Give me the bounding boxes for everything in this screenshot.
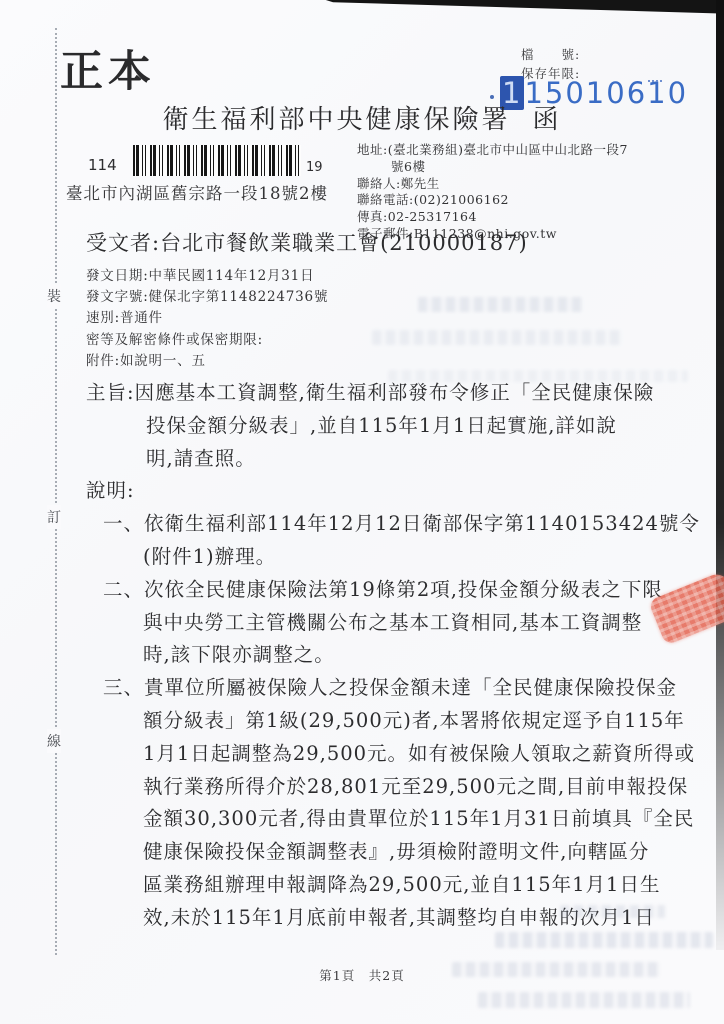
agency-name: 衛生福利部中央健康保險署	[162, 105, 510, 135]
body-line: 1月1日起調整為29,500元。如有被保險人領取之薪資所得或	[143, 738, 700, 771]
body-line: 投保金額分級表」,並自115年1月1日起實施,詳如說	[146, 410, 700, 443]
binding-mark: 裝	[47, 284, 61, 308]
document-meta-block: 發文日期:中華民國114年12月31日發文字號:健保北字第1148224736號…	[86, 266, 328, 372]
zip-code-right: 19	[306, 160, 323, 175]
meta-line: 速別:普通件	[86, 308, 328, 329]
meta-line: 附件:如說明一、五	[86, 351, 328, 372]
body-line: 三、貴單位所屬被保險人之投保金額未達「全民健康保險投保金	[103, 672, 700, 705]
bleedthrough-smudge	[478, 992, 690, 1008]
body-line: (附件1)辦理。	[143, 541, 700, 574]
contact-line: 聯絡人:鄭先生	[357, 176, 628, 193]
body-line: 區業務組辦理申報調降為29,500元,並自115年1月1日生	[143, 869, 700, 902]
bleedthrough-smudge	[418, 297, 583, 312]
meta-line: 發文日期:中華民國114年12月31日	[86, 266, 328, 287]
body-line: 健康保險投保金額調整表』,毋須檢附證明文件,向轄區分	[143, 836, 700, 869]
zip-code-left: 114	[88, 156, 117, 174]
body-line: 明,請查照。	[146, 443, 700, 476]
mailing-barcode	[133, 145, 301, 176]
scan-edge-right	[716, 0, 724, 950]
copy-type-label: 正本	[60, 38, 156, 99]
bleedthrough-smudge	[372, 330, 622, 345]
doc-type-label: 函	[533, 105, 562, 135]
bleedthrough-smudge	[495, 932, 713, 948]
meta-line: 密等及解密條件或保密期限:	[86, 330, 328, 351]
scan-edge-top	[0, 0, 724, 16]
body-line: 時,該下限亦調整之。	[143, 639, 700, 672]
stamp-tick-marks	[648, 80, 662, 86]
body-line: 二、次依全民健康保險法第19條第2項,投保金額分級表之下限	[103, 574, 700, 607]
letter-body: 主旨:因應基本工資調整,衛生福利部發布令修正「全民健康保險投保金額分級表」,並自…	[0, 377, 700, 935]
document-title: 衛生福利部中央健康保險署函	[0, 99, 724, 136]
bleedthrough-smudge	[560, 905, 665, 918]
page-number-footer: 第1頁 共2頁	[0, 966, 724, 984]
body-line: 主旨:因應基本工資調整,衛生福利部發布令修正「全民健康保險	[86, 377, 700, 410]
body-line: 一、依衛生福利部114年12月12日衛部保字第1140153424號令	[103, 508, 700, 541]
contact-line: 號6樓	[357, 159, 628, 176]
body-line: 說明:	[86, 475, 700, 508]
body-line: 與中央勞工主管機關公布之基本工資相同,基本工資調整	[143, 607, 700, 640]
contact-line: 聯絡電話:(02)21006162	[357, 192, 628, 209]
sender-mailing-address: 臺北市內湖區舊宗路一段18號2樓	[66, 180, 328, 204]
body-line: 執行業務所得介於28,801元至29,500元之間,目前申報投保	[143, 771, 700, 804]
contact-line: 傳真:02-25317164	[357, 209, 628, 226]
body-line: 金額30,300元者,得由貴單位於115年1月31日前填具『全民	[143, 803, 700, 836]
body-line: 額分級表」第1級(29,500元)者,本署將依規定逕予自115年	[143, 705, 700, 738]
scanned-document-page: 裝訂線 正本 檔 號: 保存年限: 115010610 衛生福利部中央健康保險署…	[0, 0, 724, 1024]
recipient-line: 受文者:台北市餐飲業職業工會(210000187)	[86, 227, 528, 257]
contact-line: 地址:(臺北業務組)臺北市中山區中山北路一段7	[357, 142, 628, 159]
meta-line: 發文字號:健保北字第1148224736號	[86, 287, 328, 308]
